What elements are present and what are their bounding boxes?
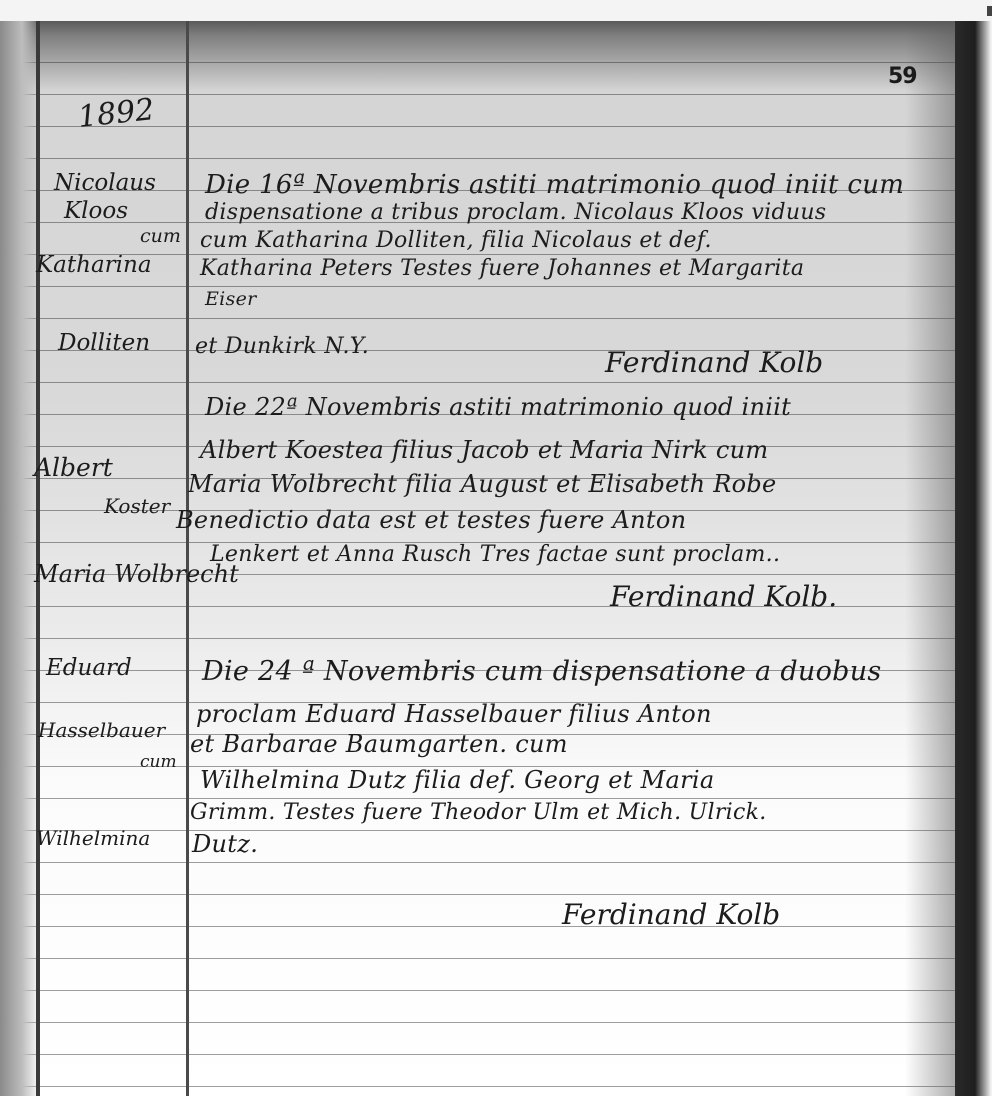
entry-line: Katharina Peters Testes fuere Johannes e…	[200, 256, 804, 281]
entry-line: cum Katharina Dolliten, filia Nicolaus e…	[200, 228, 712, 253]
margin-groom-first: Albert	[34, 453, 113, 482]
margin-groom-last: Kloos	[64, 198, 128, 224]
entry-line: Maria Wolbrecht filia August et Elisabet…	[188, 470, 777, 498]
entry-line: Wilhelmina Dutz filia def. Georg et Mari…	[200, 766, 714, 794]
margin-cum: cum	[140, 752, 177, 772]
page-number: 59	[888, 64, 917, 89]
entry-line: Eiser	[205, 288, 257, 310]
binding-shadow	[0, 21, 40, 1096]
entry-line: dispensatione a tribus proclam. Nicolaus…	[205, 200, 826, 225]
entry-line: Grimm. Testes fuere Theodor Ulm et Mich.…	[190, 800, 767, 825]
margin-bride-first: Katharina	[36, 252, 152, 278]
entry-line: Dutz.	[192, 830, 258, 858]
page-edge-shadow	[905, 21, 960, 1096]
scan-corner-mark	[987, 6, 992, 16]
margin-groom-last: Koster	[104, 494, 170, 518]
priest-signature: Ferdinand Kolb	[605, 346, 823, 379]
entry-line: proclam Eduard Hasselbauer filius Anton	[196, 700, 712, 728]
scan-dark-edge	[955, 21, 992, 1096]
margin-groom-last: Hasselbauer	[38, 718, 165, 742]
entry-line: Die 16ª Novembris astiti matrimonio quod…	[205, 170, 904, 200]
priest-signature: Ferdinand Kolb	[562, 898, 780, 931]
entry-line: Albert Koestea filius Jacob et Maria Nir…	[200, 436, 768, 464]
margin-column-rule	[186, 21, 189, 1096]
margin-groom-first: Eduard	[46, 655, 132, 681]
entry-line: Benedictio data est et testes fuere Anto…	[176, 506, 686, 534]
scan-top-margin	[0, 0, 992, 21]
margin-bride-last: Dolliten	[58, 330, 150, 356]
entry-line: Die 22ª Novembris astiti matrimonio quod…	[205, 393, 791, 421]
entry-line: Die 24 ª Novembris cum dispensatione a d…	[202, 656, 882, 687]
entry-line: et Dunkirk N.Y.	[195, 334, 369, 359]
priest-signature: Ferdinand Kolb.	[610, 580, 837, 613]
margin-groom-first: Nicolaus	[54, 170, 156, 196]
margin-cum: cum	[140, 225, 181, 247]
entry-line: Lenkert et Anna Rusch Tres factae sunt p…	[210, 542, 780, 567]
margin-bride: Maria Wolbrecht	[34, 560, 239, 588]
entry-line: et Barbarae Baumgarten. cum	[190, 730, 568, 758]
margin-bride-first: Wilhelmina	[36, 826, 150, 850]
left-column-rule	[36, 21, 40, 1096]
